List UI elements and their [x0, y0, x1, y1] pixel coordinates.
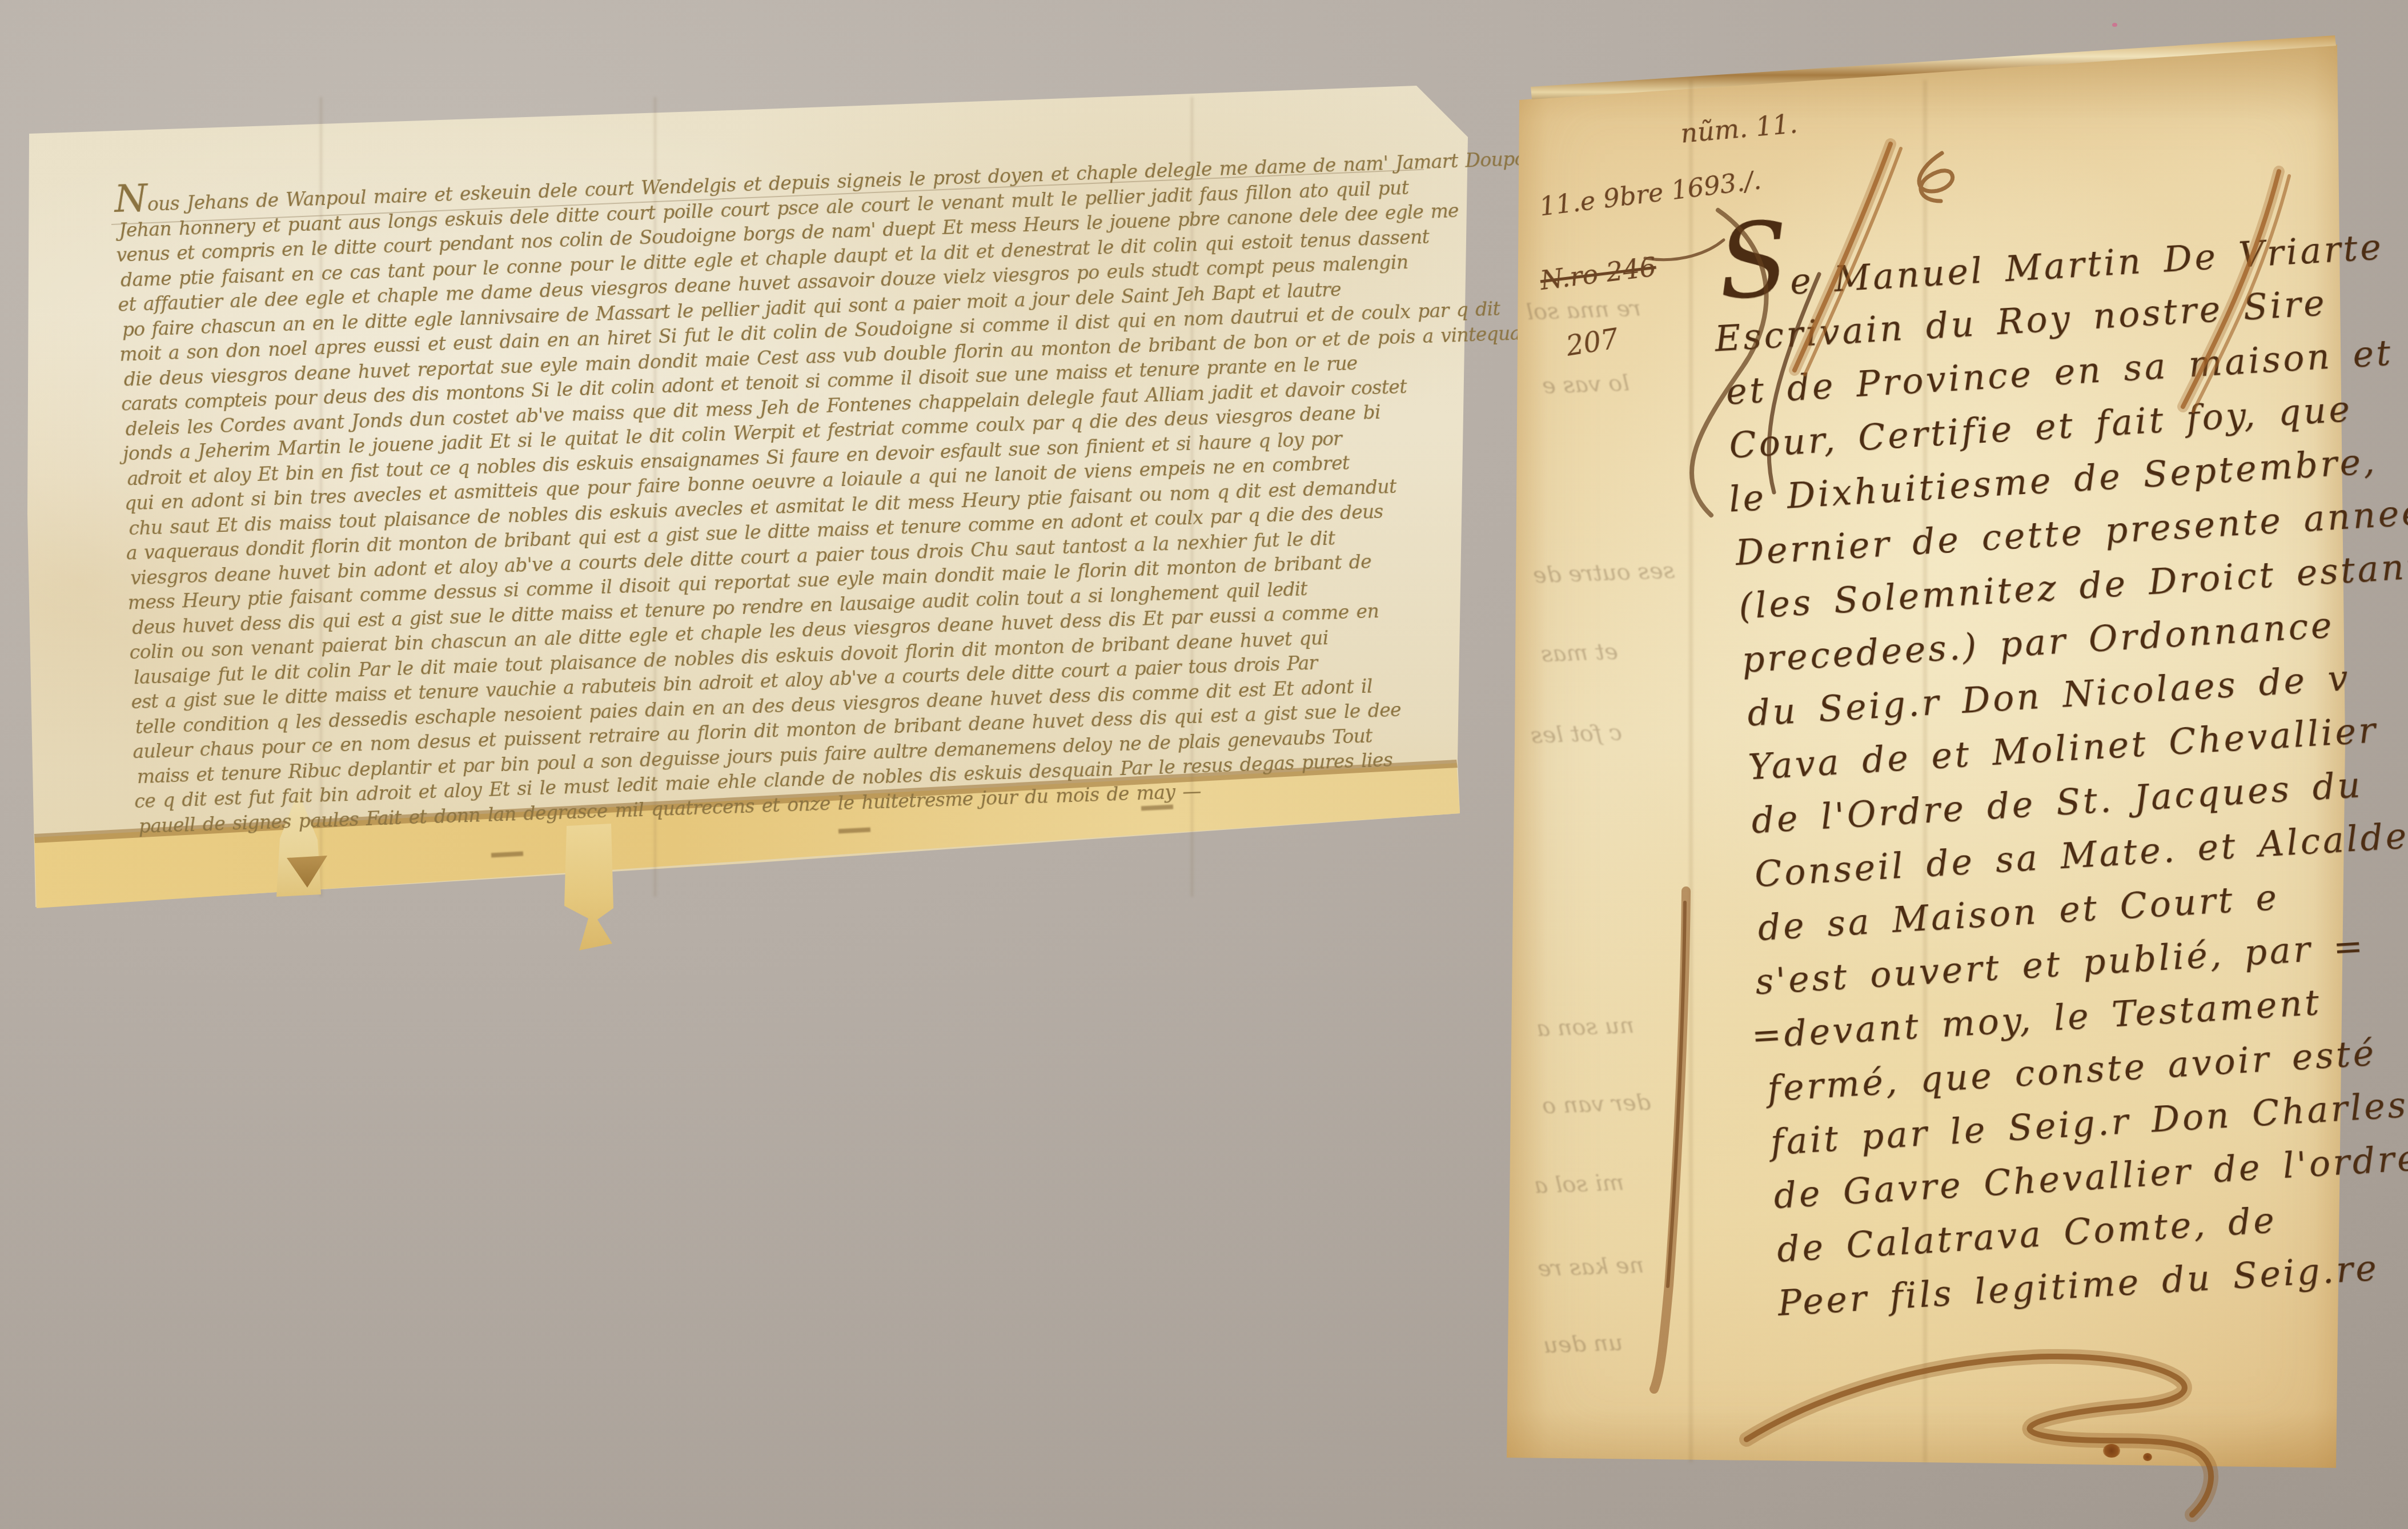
bleed-through-text: ne kas re — [1537, 1252, 1644, 1282]
photo-of-two-manuscripts: Nous Jehans de Wanpoul maire et eskeuin … — [0, 0, 2408, 1529]
bleed-through-text: mi sol a — [1534, 1169, 1624, 1198]
certificate-text-block: Se Manuel Martin De Vriarte Escrivain du… — [1718, 218, 2408, 1330]
bleed-through-text: re nna sol — [1526, 295, 1641, 326]
bleed-through-text: ses outre de — [1532, 557, 1675, 589]
page-crease — [1689, 80, 1692, 1462]
bleed-through-text: c fot les — [1530, 719, 1622, 749]
charter-text-block: Nous Jehans de Wanpoul maire et eskeuin … — [114, 149, 1466, 839]
bleed-through-text: nu son a — [1536, 1012, 1635, 1042]
seal-tag-strip — [560, 822, 617, 955]
pink-fleck — [2112, 23, 2117, 27]
bleed-through-text: et mas — [1540, 639, 1618, 668]
bleed-through-text: lo vas e — [1542, 370, 1630, 399]
bleed-through-text: der van o — [1542, 1089, 1651, 1119]
ink-spot — [2103, 1444, 2120, 1458]
ink-spot — [2143, 1453, 2152, 1461]
bleed-through-text: un deu — [1543, 1330, 1623, 1359]
